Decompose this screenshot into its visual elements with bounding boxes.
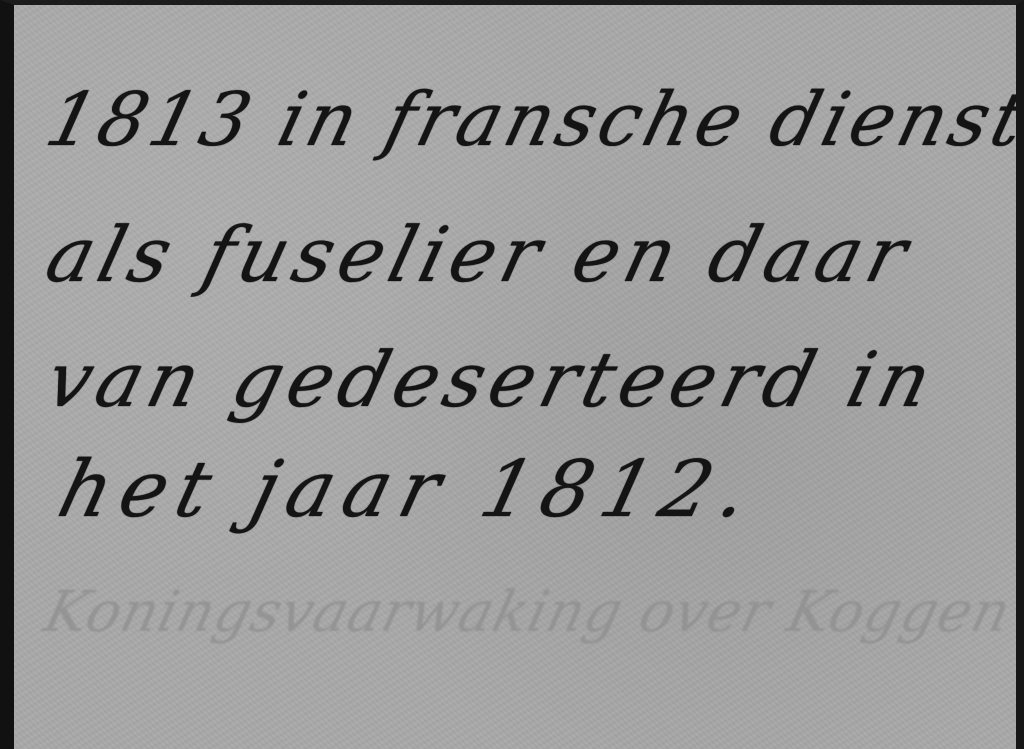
handwritten-line-4: het jaar 1812. xyxy=(50,445,768,535)
handwritten-line-2: als fuselier en daar xyxy=(38,210,922,299)
handwritten-line-1: 1813 in fransche dienst xyxy=(38,77,1024,163)
faint-bleed-through-line: Koningsvaarwaking over Koggen xyxy=(38,580,1018,645)
document-scan: 1813 in fransche dienst als fuselier en … xyxy=(0,0,1024,749)
handwritten-line-3: van gedeserteerd in xyxy=(38,335,946,424)
